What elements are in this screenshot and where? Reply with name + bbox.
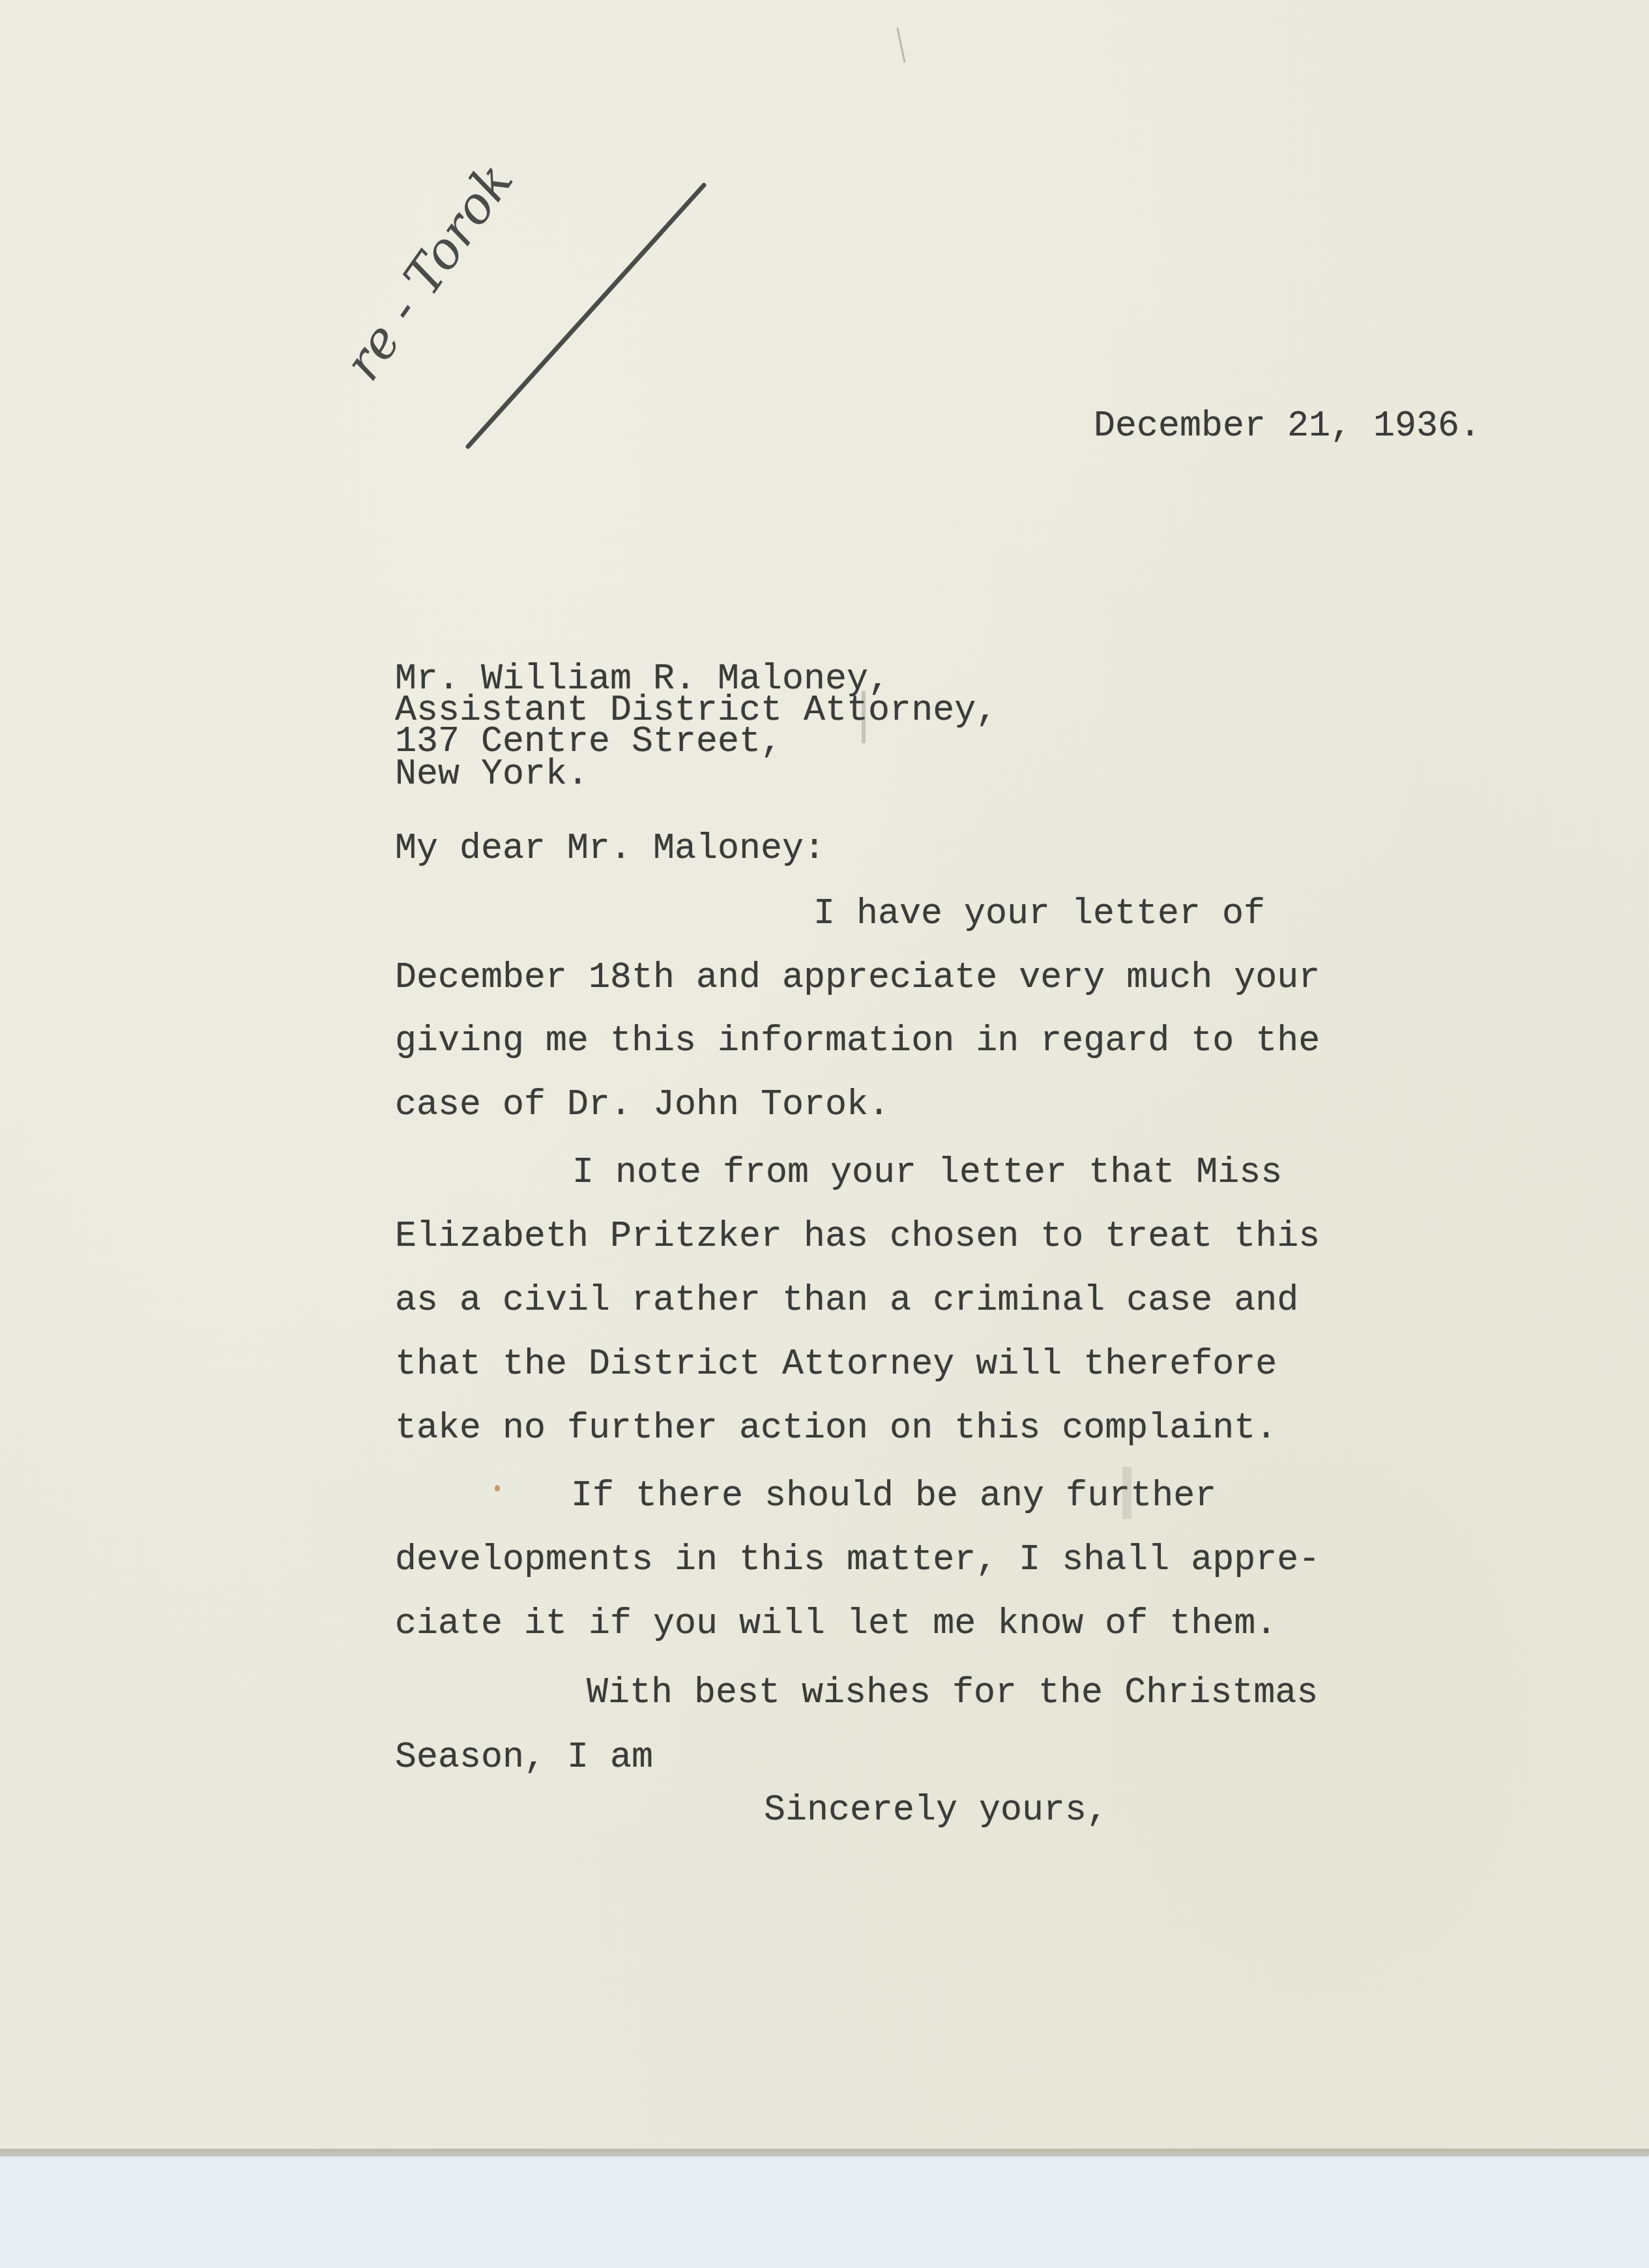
- body-line: case of Dr. John Torok.: [395, 1087, 890, 1123]
- stain-spot: [495, 1485, 500, 1492]
- body-line: giving me this information in regard to …: [395, 1023, 1320, 1059]
- body-line: take no further action on this complaint…: [395, 1410, 1277, 1446]
- body-line: I have your letter of: [813, 896, 1265, 932]
- closing: Sincerely yours,: [764, 1792, 1108, 1828]
- body-line: If there should be any further: [571, 1478, 1216, 1514]
- body-line: Elizabeth Pritzker has chosen to treat t…: [395, 1218, 1320, 1254]
- body-line: as a civil rather than a criminal case a…: [395, 1282, 1298, 1318]
- body-line: With best wishes for the Christmas: [587, 1675, 1318, 1711]
- letter-page: re - Torok December 21, 1936. Mr. Willia…: [0, 0, 1649, 2153]
- body-line: I note from your letter that Miss: [572, 1155, 1282, 1190]
- body-line: Season, I am: [395, 1739, 653, 1775]
- pencil-mark: [896, 27, 905, 63]
- body-line: that the District Attorney will therefor…: [395, 1346, 1277, 1382]
- page-bottom-edge: [0, 2149, 1649, 2155]
- body-line: December 18th and appreciate very much y…: [395, 960, 1320, 995]
- pencil-slash-icon: [365, 169, 756, 508]
- handwritten-annotation: re - Torok: [365, 169, 756, 508]
- body-line: ciate it if you will let me know of them…: [395, 1606, 1277, 1642]
- smudge-mark: [862, 691, 866, 743]
- recipient-city: New York.: [395, 756, 589, 792]
- body-line: developments in this matter, I shall app…: [395, 1542, 1320, 1578]
- salutation: My dear Mr. Maloney:: [395, 831, 825, 866]
- letter-date: December 21, 1936.: [1094, 408, 1481, 444]
- smudge-mark: [1122, 1467, 1131, 1519]
